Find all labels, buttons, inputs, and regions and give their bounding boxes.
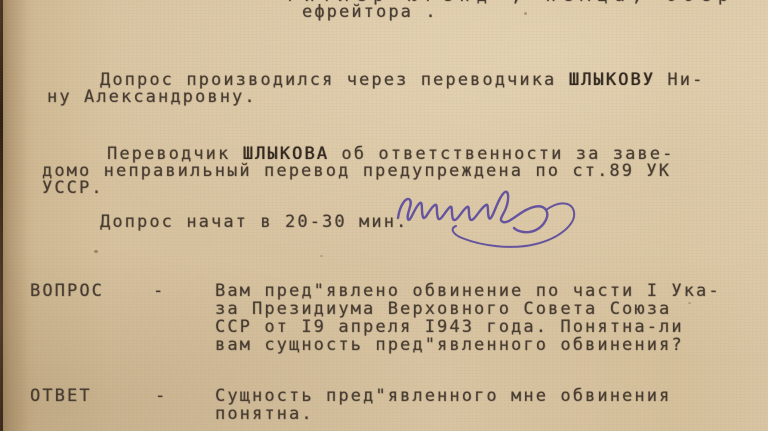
paper-speck (94, 250, 98, 253)
answer-dash: - (155, 386, 167, 406)
top-line-efreitora: ефрейтора . (302, 2, 438, 22)
paper-speck (524, 12, 527, 15)
question-dash: - (153, 281, 165, 301)
scan-edge-shadow (3, 0, 29, 431)
question-line-1: Вам пред"явлено обвинение по части I Ука… (215, 281, 721, 301)
answer-line-1: Сущность пред"явленного мне обвинения (215, 386, 671, 406)
answer-line-2: понятна. (215, 404, 314, 424)
question-line-4: вам сущность пред"явленного обвинения? (215, 335, 684, 355)
paper-speck (688, 302, 691, 304)
question-line-3: ССР от I9 апреля I943 года. Понятна-ли (215, 317, 684, 337)
question-line-2: за Президиума Верховного Совета Союза (215, 299, 671, 319)
interpreter-name: ШЛЫКОВУ (569, 70, 655, 90)
question-label: ВОПРОС (30, 281, 104, 301)
paper-speck (320, 255, 323, 257)
interpreter-paragraph-line-2: ну Александровну. (47, 87, 257, 107)
interpreter-line1-post: Ни- (655, 70, 704, 90)
warning-paragraph-line-2: домо неправильный перевод предупреждена … (42, 161, 671, 181)
answer-label: ОТВЕТ (30, 386, 92, 406)
warning-paragraph-line-3: УССР. (42, 178, 104, 198)
interrogation-protocol-scan: гитлер-югенд , немца, обер- ефрейтора . … (0, 0, 768, 431)
start-time-line: Допрос начат в 20-30 мин. (100, 212, 408, 232)
